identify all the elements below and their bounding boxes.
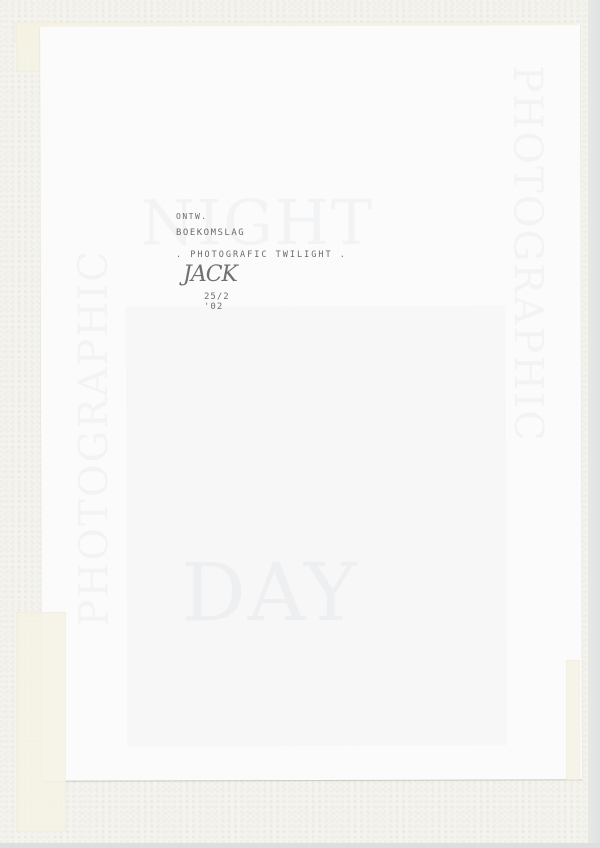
- note-date: 25/2 '02: [204, 292, 230, 312]
- note-line-3: . PHOTOGRAFIC TWILIGHT .: [176, 250, 347, 260]
- scanner-edge-right: [588, 0, 600, 848]
- tape-bottom-left: [16, 612, 66, 832]
- note-line-1: ONTW.: [176, 212, 208, 221]
- show-through-spine-left: PHOTOGRAPHIC: [71, 249, 118, 626]
- show-through-photo: [126, 305, 507, 746]
- scanner-edge-bottom: [0, 843, 600, 848]
- signature: JACK: [183, 262, 237, 287]
- show-through-title-top: NIGHT: [140, 186, 374, 260]
- paper-sheet: NIGHT DAY PHOTOGRAPHIC PHOTOGRAPHIC: [40, 25, 582, 780]
- note-line-2: BOEKOMSLAG: [176, 228, 245, 238]
- show-through-spine-right: PHOTOGRAPHIC: [504, 65, 551, 442]
- tape-bottom-right: [566, 660, 580, 780]
